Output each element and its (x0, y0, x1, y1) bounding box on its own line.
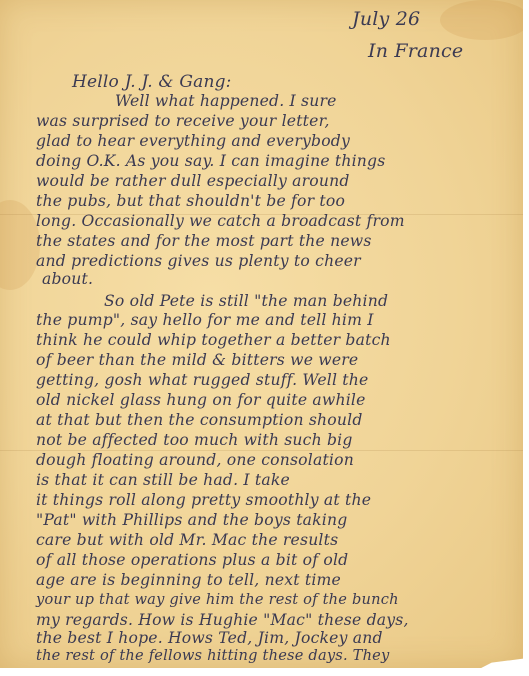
letter-line: and predictions gives us plenty to cheer (36, 252, 361, 270)
letter-line: my regards. How is Hughie "Mac" these da… (36, 611, 409, 629)
letter-salutation: Hello J. J. & Gang: (72, 72, 232, 92)
letter-line: is that it can still be had. I take (36, 471, 290, 489)
letter-line: glad to hear everything and everybody (36, 132, 350, 150)
letter-line: "Pat" with Phillips and the boys taking (36, 511, 347, 529)
letter-line: of all those operations plus a bit of ol… (36, 551, 348, 569)
letter-date: July 26 (352, 8, 420, 30)
letter-line: the pubs, but that shouldn't be for too (36, 192, 345, 210)
letter-line: age are is beginning to tell, next time (36, 571, 341, 589)
letter-line: care but with old Mr. Mac the results (36, 531, 338, 549)
letter-line: doing O.K. As you say. I can imagine thi… (36, 152, 385, 170)
paper-stain (440, 0, 529, 40)
letter-place: In France (368, 40, 463, 62)
letter-line: Well what happened. I sure (115, 92, 337, 110)
letter-line: would be rather dull especially around (36, 172, 350, 190)
letter-line: the best I hope. Hows Ted, Jim, Jockey a… (36, 629, 383, 647)
letter-line: getting, gosh what rugged stuff. Well th… (36, 371, 368, 389)
letter-line: was surprised to receive your letter, (36, 112, 330, 130)
letter-line: old nickel glass hung on for quite awhil… (36, 391, 366, 409)
letter-line: your up that way give him the rest of th… (36, 591, 399, 608)
letter-page: July 26 In France Hello J. J. & Gang: We… (0, 0, 523, 668)
letter-line: the pump", say hello for me and tell him… (36, 311, 374, 329)
letter-line: dough floating around, one consolation (36, 451, 354, 469)
letter-line: at that but then the consumption should (36, 411, 363, 429)
letter-line: long. Occasionally we catch a broadcast … (36, 212, 405, 230)
letter-line: of beer than the mild & bitters we were (36, 351, 358, 369)
letter-line: So old Pete is still "the man behind (104, 292, 388, 310)
letter-line: think he could whip together a better ba… (36, 331, 391, 349)
letter-line: it things roll along pretty smoothly at … (36, 491, 371, 509)
letter-line: the states and for the most part the new… (36, 232, 372, 250)
letter-line: not be affected too much with such big (36, 431, 353, 449)
letter-line: about. (42, 270, 93, 288)
letter-line: the rest of the fellows hitting these da… (36, 647, 389, 664)
